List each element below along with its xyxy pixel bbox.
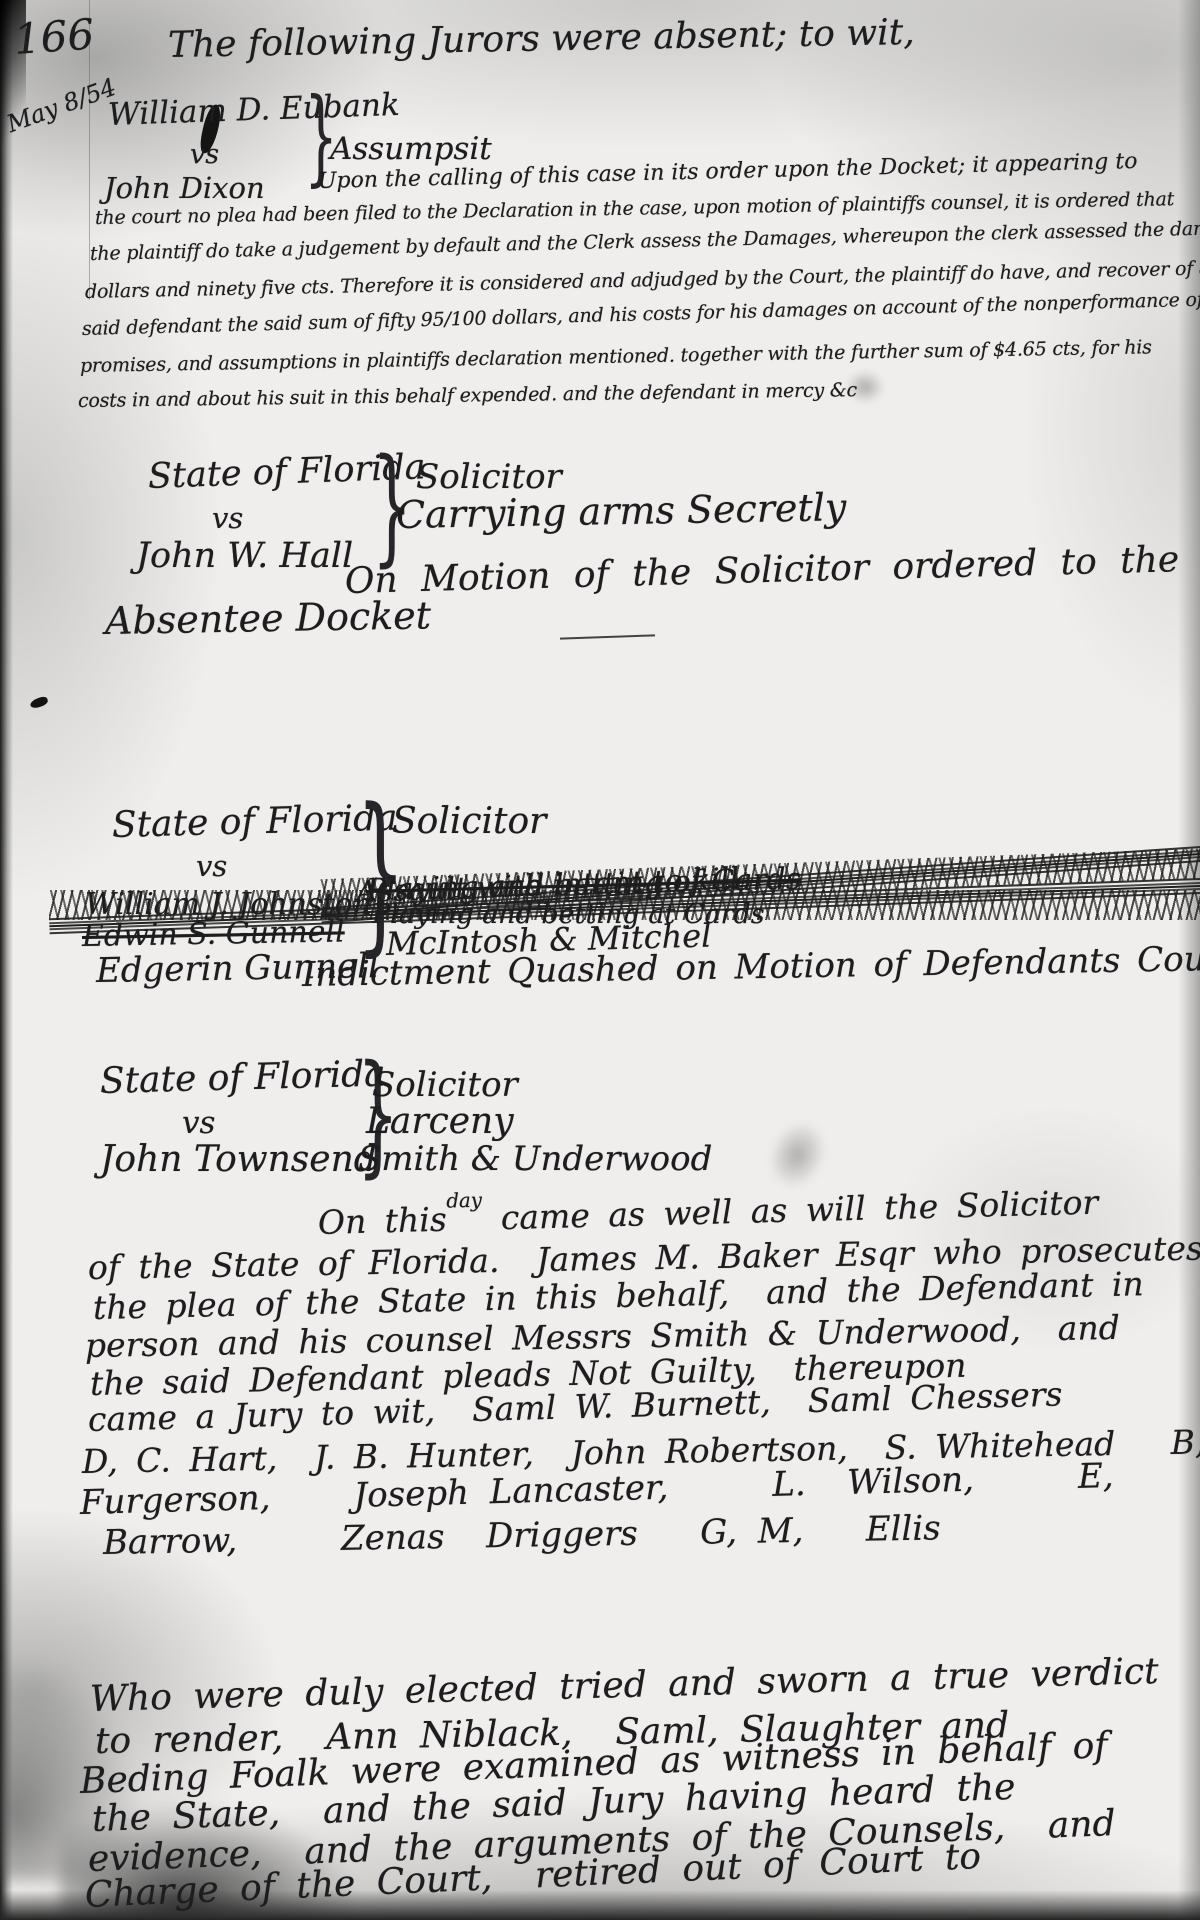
case1-body-line-5: promises, and assumptions in plaintiffs …: [80, 337, 1152, 377]
case4-intro-superscript: day: [446, 1189, 482, 1213]
scanned-court-record-page: 166 The following Jurors were absent; to…: [0, 0, 1200, 1920]
ink-speck: [29, 695, 49, 709]
case3-plaintiff: State of Florida: [111, 799, 398, 847]
case4-defendant: John Townsend: [100, 1140, 377, 1180]
case1-defendant: John Dixon: [104, 172, 265, 204]
case1-charge: Assumpsit: [330, 132, 492, 167]
pen-flourish: [560, 634, 655, 639]
case4-plaintiff: State of Florida: [99, 1055, 386, 1103]
case4-vs-label: vs: [182, 1106, 215, 1141]
case2-vs-label: vs: [212, 502, 243, 534]
page-number: 166: [12, 10, 95, 63]
case1-vs-label: vs: [190, 140, 219, 170]
ink-smudge: [758, 1112, 837, 1199]
case1-body-line-6: costs in and about his suit in this beha…: [78, 380, 857, 412]
case2-order-line-0: On Motion of the Solicitor ordered to th…: [344, 540, 1179, 602]
margin-date: May 8/54: [3, 74, 119, 138]
case4-intro-post: came as well as will the Solicitor: [482, 1183, 1099, 1238]
case2-charge: Carrying arms Secretly: [396, 486, 847, 536]
case4-charge: Larceny: [366, 1102, 514, 1142]
case4-counsel: Smith & Underwood: [358, 1140, 712, 1178]
page-heading: The following Jurors were absent; to wit…: [168, 13, 915, 66]
case2-defendant: John W. Hall: [136, 537, 353, 576]
book-spine-shadow: [0, 0, 13, 1920]
case3-vs-label: vs: [196, 850, 227, 882]
case2-order-line-1: Absentee Docket: [105, 594, 432, 642]
case1-plaintiff: William D. Eubank: [107, 88, 400, 133]
case4-intro-pre: On this: [317, 1200, 447, 1242]
case3-prosecutor: Solicitor: [392, 802, 546, 842]
case4-prosecutor: Solicitor: [372, 1066, 518, 1104]
